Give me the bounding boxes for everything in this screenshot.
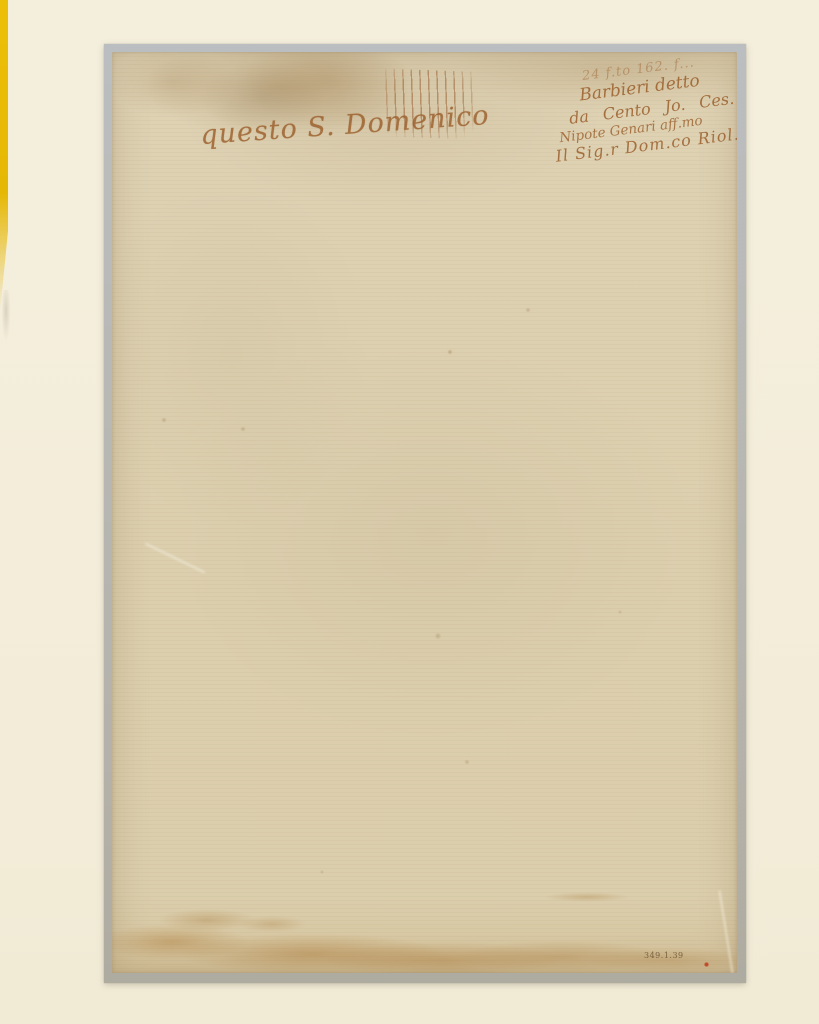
yellow-strip-shadow bbox=[2, 290, 10, 360]
mount-board: questo S. Domenico 24 f.to 162. f... Bar… bbox=[104, 44, 746, 983]
center-inscription: questo S. Domenico bbox=[199, 100, 490, 151]
red-collector-mark bbox=[704, 962, 709, 967]
photo-of-drawing-verso: questo S. Domenico 24 f.to 162. f... Bar… bbox=[0, 0, 819, 1024]
drawing-sheet-verso: questo S. Domenico 24 f.to 162. f... Bar… bbox=[112, 52, 737, 973]
yellow-edge-strip bbox=[0, 0, 8, 312]
accession-number: 349.1.39 bbox=[644, 951, 684, 960]
paper-crease-bottom-right bbox=[718, 890, 733, 973]
paper-crease-left bbox=[145, 543, 205, 574]
top-right-inscription: 24 f.to 162. f... Barbieri detto da Cent… bbox=[550, 52, 737, 167]
